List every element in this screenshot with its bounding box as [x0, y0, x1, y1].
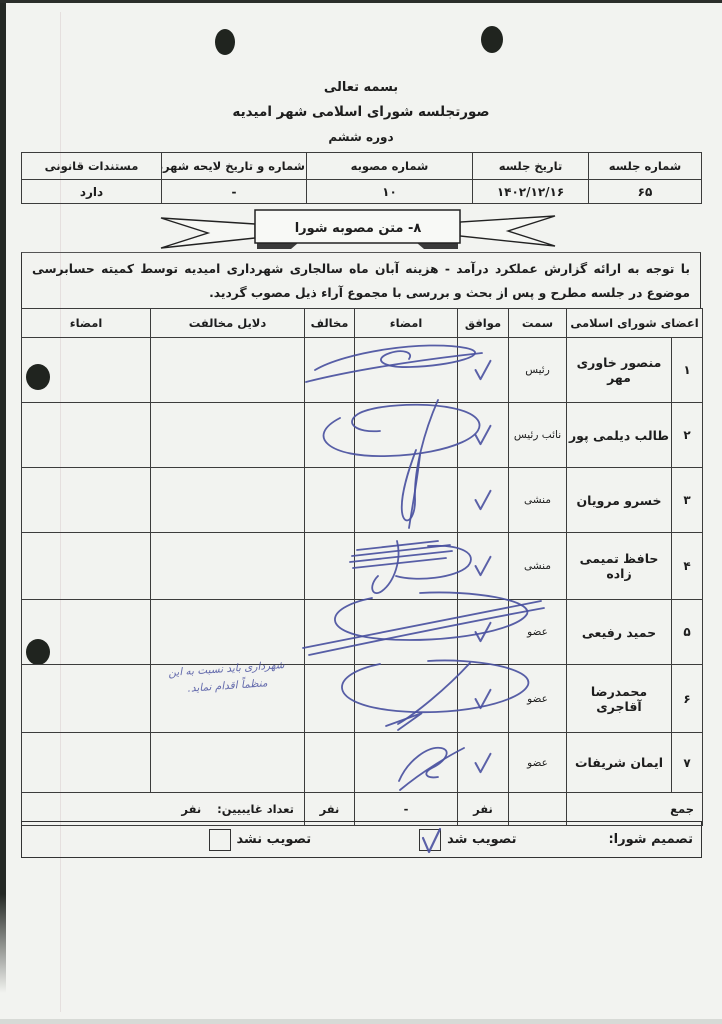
bill-no-header: شماره و تاریخ لایحه شهرداری: [162, 153, 307, 180]
table-row: ۳ خسرو مرویان منشی: [22, 468, 703, 533]
absentees-label: تعداد غایبیین:: [217, 802, 294, 816]
approved-option: تصویب شد: [419, 829, 516, 851]
oppose-signature-cell: [22, 600, 151, 665]
signature-cell: [355, 338, 458, 403]
session-date-header: تاریخ جلسه: [473, 153, 589, 180]
agree-checkmark-icon: [473, 687, 493, 711]
agree-cell: [458, 403, 509, 468]
row-number: ۳: [672, 468, 703, 533]
col-agree-header: موافق: [458, 309, 509, 338]
col-oppose-header: مخالف: [305, 309, 355, 338]
punch-hole-top-left: [215, 29, 235, 55]
member-position: عضو: [509, 600, 567, 665]
council-term: دوره ششم: [0, 130, 722, 144]
agree-checkmark-icon: [473, 554, 493, 578]
oppose-signature-cell: [22, 665, 151, 733]
oppose-cell: [305, 338, 355, 403]
col-members-header: اعضای شورای اسلامی: [567, 309, 703, 338]
member-name: طالب دیلمی پور: [567, 403, 672, 468]
oppose-signature-cell: [22, 468, 151, 533]
row-number: ۱: [672, 338, 703, 403]
absentees-count: نفر: [181, 802, 201, 816]
agree-cell: [458, 533, 509, 600]
member-name: محمدرضا آقاجری: [567, 665, 672, 733]
agree-checkmark-icon: [473, 751, 493, 775]
agree-cell: [458, 665, 509, 733]
session-no-value: ۶۵: [589, 180, 702, 204]
banner-label: ۸- متن مصوبه شورا: [295, 221, 422, 236]
row-number: ۵: [672, 600, 703, 665]
signature-cell: [355, 403, 458, 468]
punch-hole-top-right: [481, 26, 503, 53]
rejected-label: تصویب نشد: [237, 832, 312, 847]
col-position-header: سمت: [509, 309, 567, 338]
banner-left-tail: [161, 218, 255, 248]
oppose-signature-cell: [22, 403, 151, 468]
agree-cell: [458, 338, 509, 403]
session-date-value: ۱۴۰۲/۱۲/۱۶: [473, 180, 589, 204]
session-no-header: شماره جلسه: [589, 153, 702, 180]
oppose-cell: [305, 533, 355, 600]
decision-label: تصمیم شورا:: [608, 832, 693, 847]
members-vote-table: اعضای شورای اسلامی سمت موافق امضاء مخالف…: [21, 308, 703, 826]
table-row: ۶ محمدرضا آقاجری عضو شهرداری باید نسبت ب…: [22, 665, 703, 733]
approved-checkbox: [419, 829, 441, 851]
col-reasons-header: دلایل مخالفت: [151, 309, 305, 338]
oppose-signature-cell: [22, 338, 151, 403]
table-row: ۵ حمید رفیعی عضو: [22, 600, 703, 665]
member-position: رئیس: [509, 338, 567, 403]
oppose-cell: [305, 468, 355, 533]
banner-fold-left: [257, 243, 298, 249]
row-number: ۶: [672, 665, 703, 733]
council-decision-bar: تصمیم شورا: تصویب شد تصویب نشد: [21, 821, 702, 858]
table-row: ۷ ایمان شریفات عضو: [22, 733, 703, 793]
member-name: ایمان شریفات: [567, 733, 672, 793]
resolution-no-value: ۱۰: [307, 180, 473, 204]
agree-checkmark-icon: [473, 620, 493, 644]
resolution-no-header: شماره مصوبه: [307, 153, 473, 180]
col-sign-header: امضاء: [355, 309, 458, 338]
table-row: ۱ منصور خاوری مهر رئیس: [22, 338, 703, 403]
agree-checkmark-icon: [473, 488, 493, 512]
table-row: ۴ حافظ تمیمی زاده منشی: [22, 533, 703, 600]
scan-edge-bottom: [0, 1019, 722, 1024]
resolution-text: با توجه به ارائه گزارش عملکرد درآمد - هز…: [21, 252, 701, 308]
table-row: ۲ طالب دیلمی پور نائب رئیس: [22, 403, 703, 468]
scanned-council-minutes-page: بسمه تعالی صورتجلسه شورای اسلامی شهر امی…: [0, 0, 722, 1024]
row-number: ۲: [672, 403, 703, 468]
oppose-signature-cell: [22, 533, 151, 600]
reasons-cell: شهرداری باید نسبت به این منظماً اقدام نم…: [151, 665, 305, 733]
signature-cell: [355, 600, 458, 665]
member-name: حمید رفیعی: [567, 600, 672, 665]
banner-right-tail: [460, 216, 555, 246]
rejected-option: تصویب نشد: [209, 829, 312, 851]
row-number: ۴: [672, 533, 703, 600]
member-name: خسرو مرویان: [567, 468, 672, 533]
page-title: صورتجلسه شورای اسلامی شهر امیدیه: [0, 104, 722, 120]
agree-checkmark-icon: [473, 358, 493, 382]
session-info-table: شماره جلسه تاریخ جلسه شماره مصوبه شماره …: [21, 152, 702, 204]
reasons-cell: [151, 338, 305, 403]
reasons-cell: [151, 733, 305, 793]
reasons-cell: [151, 468, 305, 533]
reasons-cell: [151, 600, 305, 665]
signature-cell: [355, 733, 458, 793]
legal-docs-value: دارد: [22, 180, 162, 204]
agree-cell: [458, 733, 509, 793]
approved-label: تصویب شد: [447, 832, 516, 847]
oppose-cell: [305, 403, 355, 468]
scan-edge-top: [0, 0, 722, 3]
signature-cell: [355, 468, 458, 533]
agree-checkmark-icon: [473, 423, 493, 447]
reasons-cell: [151, 403, 305, 468]
rejected-checkbox: [209, 829, 231, 851]
member-position: نائب رئیس: [509, 403, 567, 468]
member-position: عضو: [509, 733, 567, 793]
scan-edge-left: [0, 3, 6, 993]
oppose-cell: [305, 600, 355, 665]
member-name: حافظ تمیمی زاده: [567, 533, 672, 600]
agree-cell: [458, 468, 509, 533]
legal-docs-header: مستندات قانونی: [22, 153, 162, 180]
signature-cell: [355, 533, 458, 600]
resolution-banner: ۸- متن مصوبه شورا: [158, 205, 560, 253]
signature-cell: [355, 665, 458, 733]
member-position: منشی: [509, 533, 567, 600]
member-position: عضو: [509, 665, 567, 733]
agree-cell: [458, 600, 509, 665]
basmala-text: بسمه تعالی: [0, 80, 722, 95]
member-name: منصور خاوری مهر: [567, 338, 672, 403]
table-header-row: اعضای شورای اسلامی سمت موافق امضاء مخالف…: [22, 309, 703, 338]
oppose-signature-cell: [22, 733, 151, 793]
member-position: منشی: [509, 468, 567, 533]
approved-checkmark-icon: [418, 825, 444, 855]
bill-no-value: -: [162, 180, 307, 204]
reasons-cell: [151, 533, 305, 600]
col-sign2-header: امضاء: [22, 309, 151, 338]
banner-fold-right: [417, 243, 458, 249]
oppose-cell: [305, 733, 355, 793]
row-number: ۷: [672, 733, 703, 793]
oppose-cell: [305, 665, 355, 733]
